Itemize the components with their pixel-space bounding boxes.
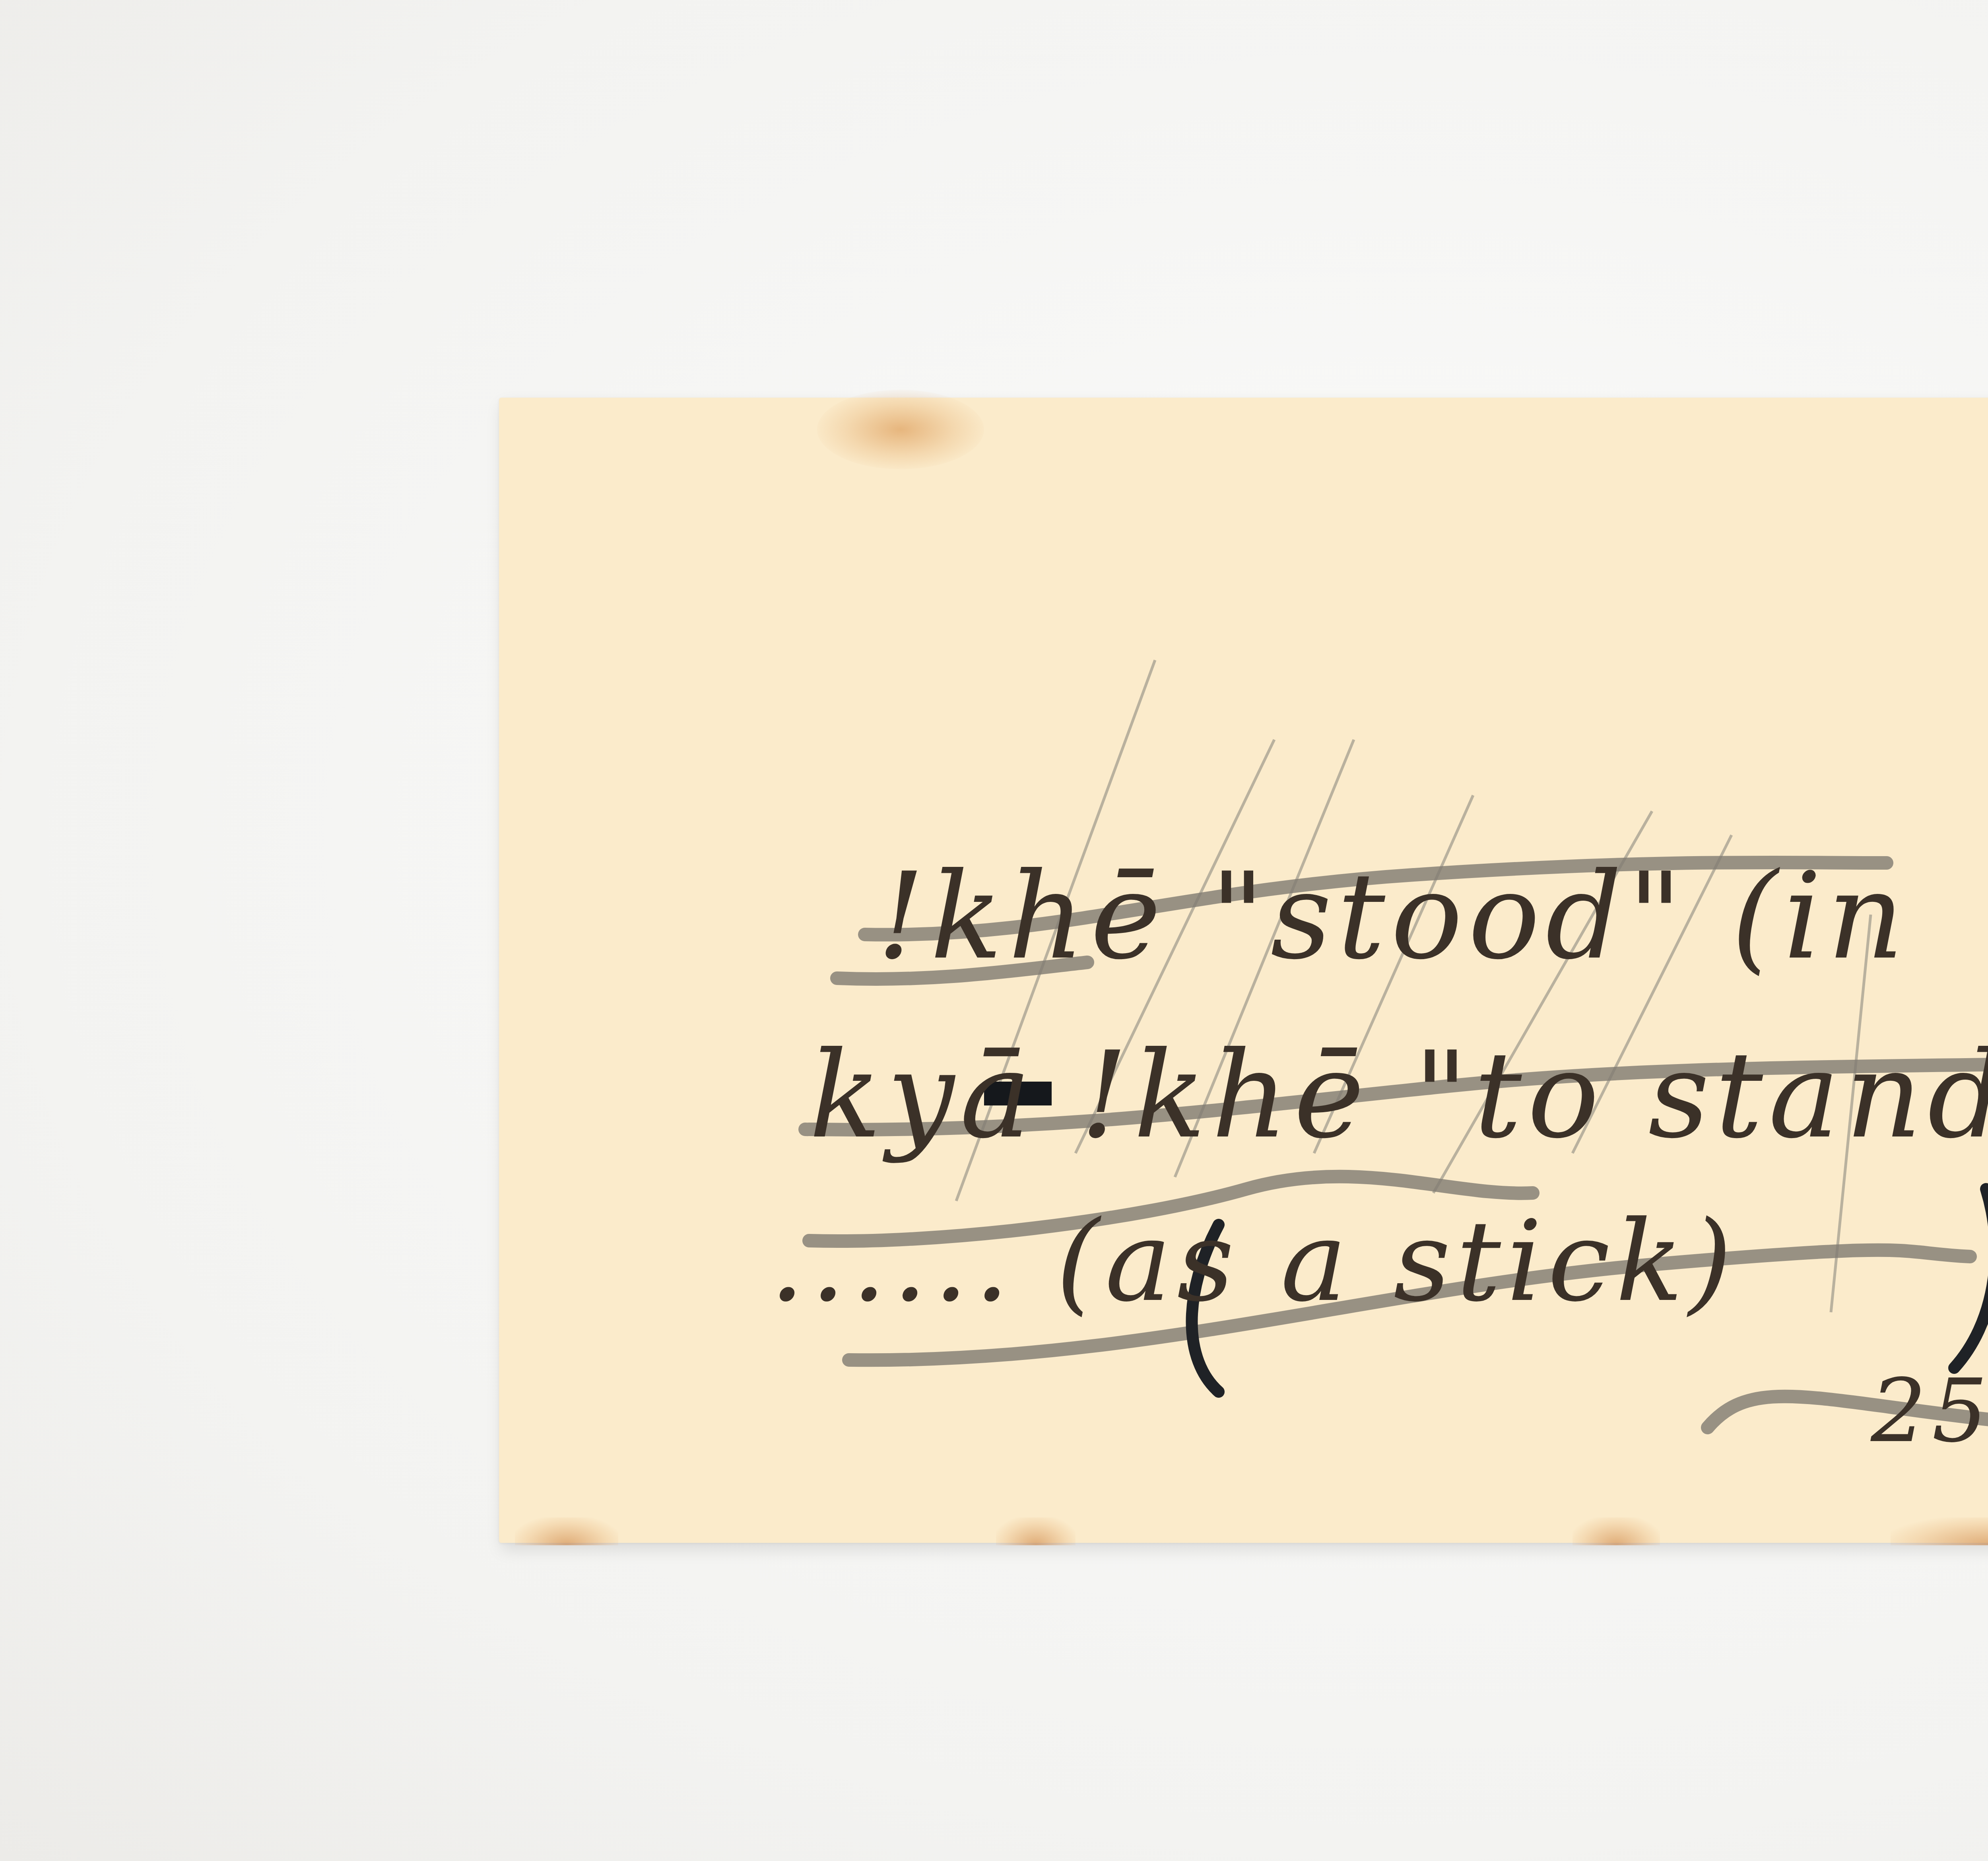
- handwritten-line-1: !khē "stood" (in: [877, 847, 1910, 986]
- handwritten-line-3: ...... (as a stick): [769, 1197, 1738, 1327]
- handwritten-line-2: kyā !khē "to stand: [809, 1026, 1988, 1165]
- handwritten-card: !khē "stood" (in kyā !khē "to stand ....…: [499, 398, 1988, 1543]
- handwritten-reference-number: 2520 H;: [1871, 1360, 1988, 1462]
